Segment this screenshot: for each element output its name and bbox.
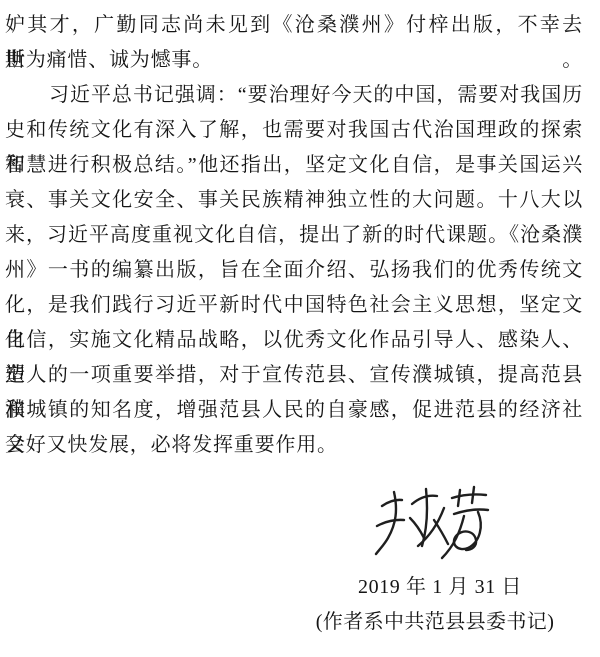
text-line: 智慧进行积极总结。”他还指出，坚定文化自信，是事关国运兴 <box>5 148 583 183</box>
text-line: 史和传统文化有深入了解，也需要对我国古代治国理政的探索和 <box>5 113 583 148</box>
text-line: 造人的一项重要举措，对于宣传范县、宣传濮城镇，提高范县和 <box>5 358 583 393</box>
text-line: 州》一书的编纂出版，旨在全面介绍、弘扬我们的优秀传统文 <box>5 253 583 288</box>
text-line: 妒其才，广勤同志尚未见到《沧桑濮州》付梓出版，不幸去世。 <box>5 8 583 43</box>
author-note: (作者系中共范县县委书记) <box>295 608 575 636</box>
text-line: 自信，实施文化精品战略，以优秀文化作品引导人、感染人、塑 <box>5 323 583 358</box>
text-line: 又好又快发展，必将发挥重要作用。 <box>5 428 583 463</box>
body-text: 妒其才，广勤同志尚未见到《沧桑濮州》付梓出版，不幸去世。斯为痛惜、诚为憾事。习近… <box>5 8 583 463</box>
text-line: 化，是我们践行习近平新时代中国特色社会主义思想，坚定文化 <box>5 288 583 323</box>
text-line: 习近平总书记强调：“要治理好今天的中国，需要对我国历 <box>5 78 583 113</box>
handwritten-signature <box>374 484 494 568</box>
text-line: 来，习近平高度重视文化自信，提出了新的时代课题。《沧桑濮 <box>5 218 583 253</box>
signature-drawing <box>374 484 494 568</box>
document-page: 妒其才，广勤同志尚未见到《沧桑濮州》付梓出版，不幸去世。斯为痛惜、诚为憾事。习近… <box>0 0 600 657</box>
text-line: 衰、事关文化安全、事关民族精神独立性的大问题。十八大以 <box>5 183 583 218</box>
text-line: 濮城镇的知名度，增强范县人民的自豪感，促进范县的经济社会 <box>5 393 583 428</box>
signature-date: 2019 年 1 月 31 日 <box>325 574 555 600</box>
